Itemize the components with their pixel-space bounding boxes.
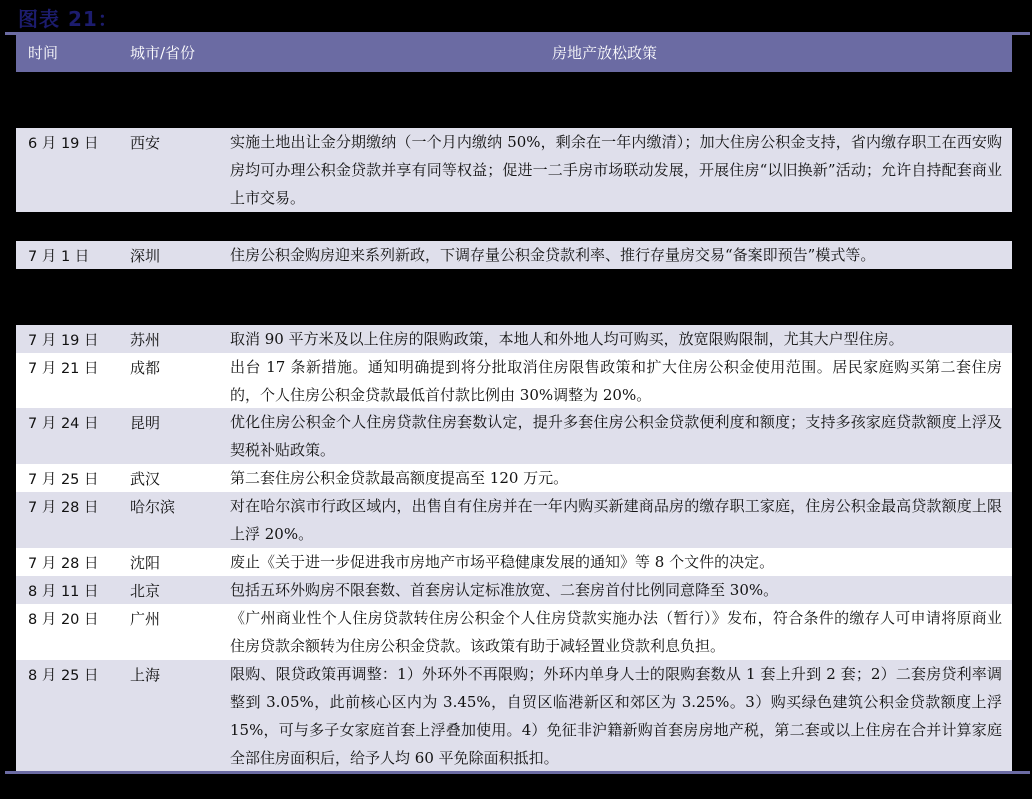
- table-row: 8 月 25 日 上海 限购、限贷政策再调整：1）外环外不再限购；外环内单身人士…: [16, 660, 1012, 771]
- row-date: 7 月 25 日: [28, 468, 99, 489]
- bottom-rule: [5, 771, 1030, 774]
- row-policy: 《广州商业性个人住房贷款转住房公积金个人住房贷款实施办法（暂行）》发布，符合条件…: [230, 604, 1002, 660]
- row-policy: 优化住房公积金个人住房贷款住房套数认定，提升多套住房公积金贷款便利度和额度；支持…: [230, 408, 1002, 464]
- table-row: 8 月 20 日 广州 《广州商业性个人住房贷款转住房公积金个人住房贷款实施办法…: [16, 604, 1012, 660]
- table-row: 8 月 11 日 北京 包括五环外购房不限套数、首套房认定标准放宽、二套房首付比…: [16, 576, 1012, 604]
- row-date: 6 月 19 日: [28, 132, 99, 153]
- row-policy: 对在哈尔滨市行政区域内，出售自有住房并在一年内购买新建商品房的缴存职工家庭，住房…: [230, 492, 1002, 548]
- row-date: 7 月 19 日: [28, 329, 99, 350]
- row-city: 哈尔滨: [130, 496, 175, 517]
- row-city: 成都: [130, 357, 160, 378]
- row-date: 7 月 21 日: [28, 357, 99, 378]
- row-date: 8 月 11 日: [28, 580, 99, 601]
- row-policy: 第二套住房公积金贷款最高额度提高至 120 万元。: [230, 464, 1002, 492]
- header-city: 城市/省份: [130, 42, 195, 63]
- table-row: 7 月 28 日 哈尔滨 对在哈尔滨市行政区域内，出售自有住房并在一年内购买新建…: [16, 492, 1012, 548]
- table-row: 7 月 28 日 沈阳 废止《关于进一步促进我市房地产市场平稳健康发展的通知》等…: [16, 548, 1012, 576]
- table-row: 6 月 19 日 西安 实施土地出让金分期缴纳（一个月内缴纳 50%，剩余在一年…: [16, 128, 1012, 212]
- row-policy: 废止《关于进一步促进我市房地产市场平稳健康发展的通知》等 8 个文件的决定。: [230, 548, 1002, 576]
- header-policy: 房地产放松政策: [552, 42, 657, 63]
- table-header: 时间 城市/省份 房地产放松政策: [16, 34, 1012, 72]
- row-date: 8 月 20 日: [28, 608, 99, 629]
- row-city: 深圳: [130, 245, 160, 266]
- row-city: 广州: [130, 608, 160, 629]
- table-row: 7 月 24 日 昆明 优化住房公积金个人住房贷款住房套数认定，提升多套住房公积…: [16, 408, 1012, 464]
- row-date: 7 月 28 日: [28, 552, 99, 573]
- table-row: 7 月 21 日 成都 出台 17 条新措施。通知明确提到将分批取消住房限售政策…: [16, 353, 1012, 408]
- row-policy: 限购、限贷政策再调整：1）外环外不再限购；外环内单身人士的限购套数从 1 套上升…: [230, 660, 1002, 772]
- row-city: 苏州: [130, 329, 160, 350]
- row-policy: 实施土地出让金分期缴纳（一个月内缴纳 50%，剩余在一年内缴清）；加大住房公积金…: [230, 128, 1002, 212]
- table-row: 7 月 25 日 武汉 第二套住房公积金贷款最高额度提高至 120 万元。: [16, 464, 1012, 492]
- row-city: 上海: [130, 664, 160, 685]
- row-date: 7 月 24 日: [28, 412, 99, 433]
- row-policy: 出台 17 条新措施。通知明确提到将分批取消住房限售政策和扩大住房公积金使用范围…: [230, 353, 1002, 409]
- row-city: 昆明: [130, 412, 160, 433]
- row-policy: 包括五环外购房不限套数、首套房认定标准放宽、二套房首付比例同意降至 30%。: [230, 576, 1002, 604]
- table-row: 7 月 1 日 深圳 住房公积金购房迎来系列新政，下调存量公积金贷款利率、推行存…: [16, 241, 1012, 269]
- row-city: 西安: [130, 132, 160, 153]
- row-city: 沈阳: [130, 552, 160, 573]
- row-date: 7 月 1 日: [28, 245, 89, 266]
- header-date: 时间: [28, 42, 58, 63]
- figure-title: 图表 21：: [18, 3, 119, 32]
- row-policy: 取消 90 平方米及以上住房的限购政策，本地人和外地人均可购买，放宽限购限制，尤…: [230, 325, 1002, 353]
- row-policy: 住房公积金购房迎来系列新政，下调存量公积金贷款利率、推行存量房交易“备案即预告”…: [230, 241, 1002, 269]
- table-row: 7 月 19 日 苏州 取消 90 平方米及以上住房的限购政策，本地人和外地人均…: [16, 325, 1012, 353]
- row-date: 8 月 25 日: [28, 664, 99, 685]
- row-city: 武汉: [130, 468, 160, 489]
- row-date: 7 月 28 日: [28, 496, 99, 517]
- row-city: 北京: [130, 580, 160, 601]
